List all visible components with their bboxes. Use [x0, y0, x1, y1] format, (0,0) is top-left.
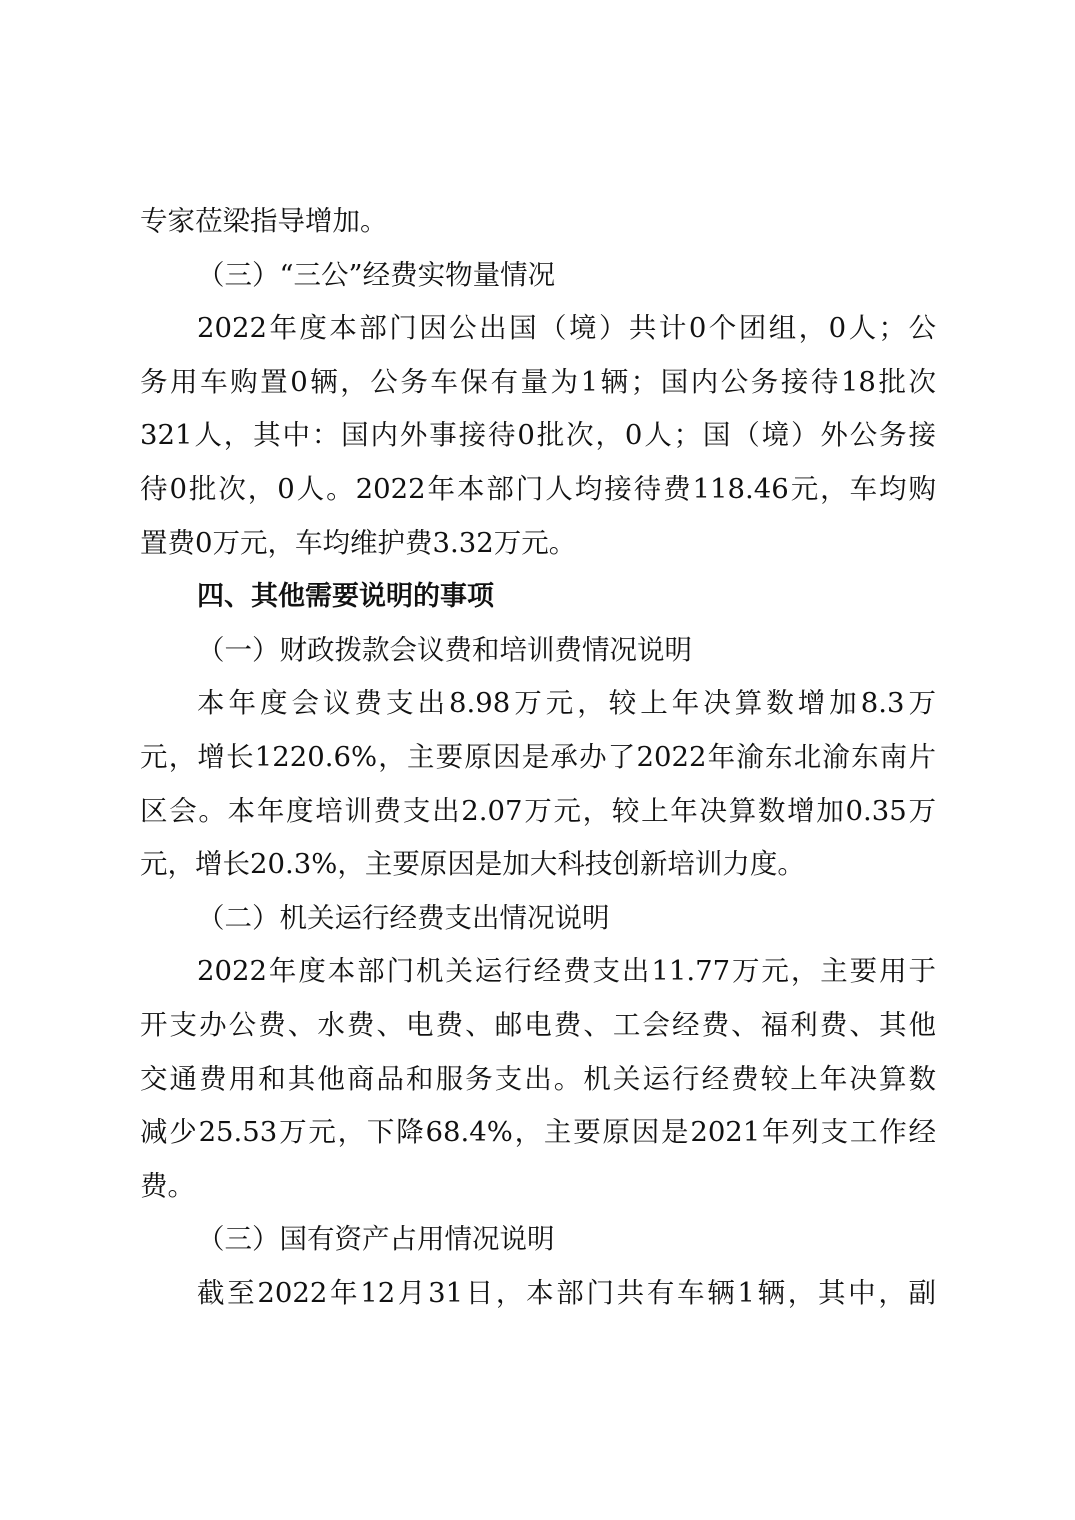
paragraph-line: 费。 — [140, 1160, 936, 1214]
paragraph-line: 321人，其中：国内外事接待0批次，0人；国（境）外公务接 — [140, 409, 936, 463]
document-page: 专家莅梁指导增加。 （三）“三公”经费实物量情况 2022年度本部门因公出国（境… — [140, 195, 936, 1320]
subheading-three-public-expenses: （三）“三公”经费实物量情况 — [140, 249, 936, 303]
paragraph-line: 本年度会议费支出8.98万元，较上年决算数增加8.3万 — [140, 677, 936, 731]
paragraph-line: 务用车购置0辆，公务车保有量为1辆；国内公务接待18批次 — [140, 356, 936, 410]
paragraph-line: 交通费用和其他商品和服务支出。机关运行经费较上年决算数 — [140, 1053, 936, 1107]
subheading-operating-expenses: （二）机关运行经费支出情况说明 — [140, 892, 936, 946]
paragraph-line: 减少25.53万元，下降68.4%，主要原因是2021年列支工作经 — [140, 1106, 936, 1160]
paragraph-line: 截至2022年12月31日，本部门共有车辆1辆，其中，副 — [140, 1267, 936, 1321]
paragraph-line: 元，增长20.3%，主要原因是加大科技创新培训力度。 — [140, 838, 936, 892]
paragraph-line: 区会。本年度培训费支出2.07万元，较上年决算数增加0.35万 — [140, 785, 936, 839]
subheading-meeting-training-fees: （一）财政拨款会议费和培训费情况说明 — [140, 624, 936, 678]
subheading-state-assets: （三）国有资产占用情况说明 — [140, 1213, 936, 1267]
paragraph-line: 专家莅梁指导增加。 — [140, 195, 936, 249]
paragraph-line: 2022年度本部门机关运行经费支出11.77万元，主要用于 — [140, 945, 936, 999]
paragraph-line: 待0批次，0人。2022年本部门人均接待费118.46元，车均购 — [140, 463, 936, 517]
paragraph-line: 置费0万元，车均维护费3.32万元。 — [140, 517, 936, 571]
paragraph-line: 元，增长1220.6%，主要原因是承办了2022年渝东北渝东南片 — [140, 731, 936, 785]
paragraph-line: 2022年度本部门因公出国（境）共计0个团组，0人；公 — [140, 302, 936, 356]
section-heading-other-matters: 四、其他需要说明的事项 — [140, 570, 936, 624]
paragraph-line: 开支办公费、水费、电费、邮电费、工会经费、福利费、其他 — [140, 999, 936, 1053]
